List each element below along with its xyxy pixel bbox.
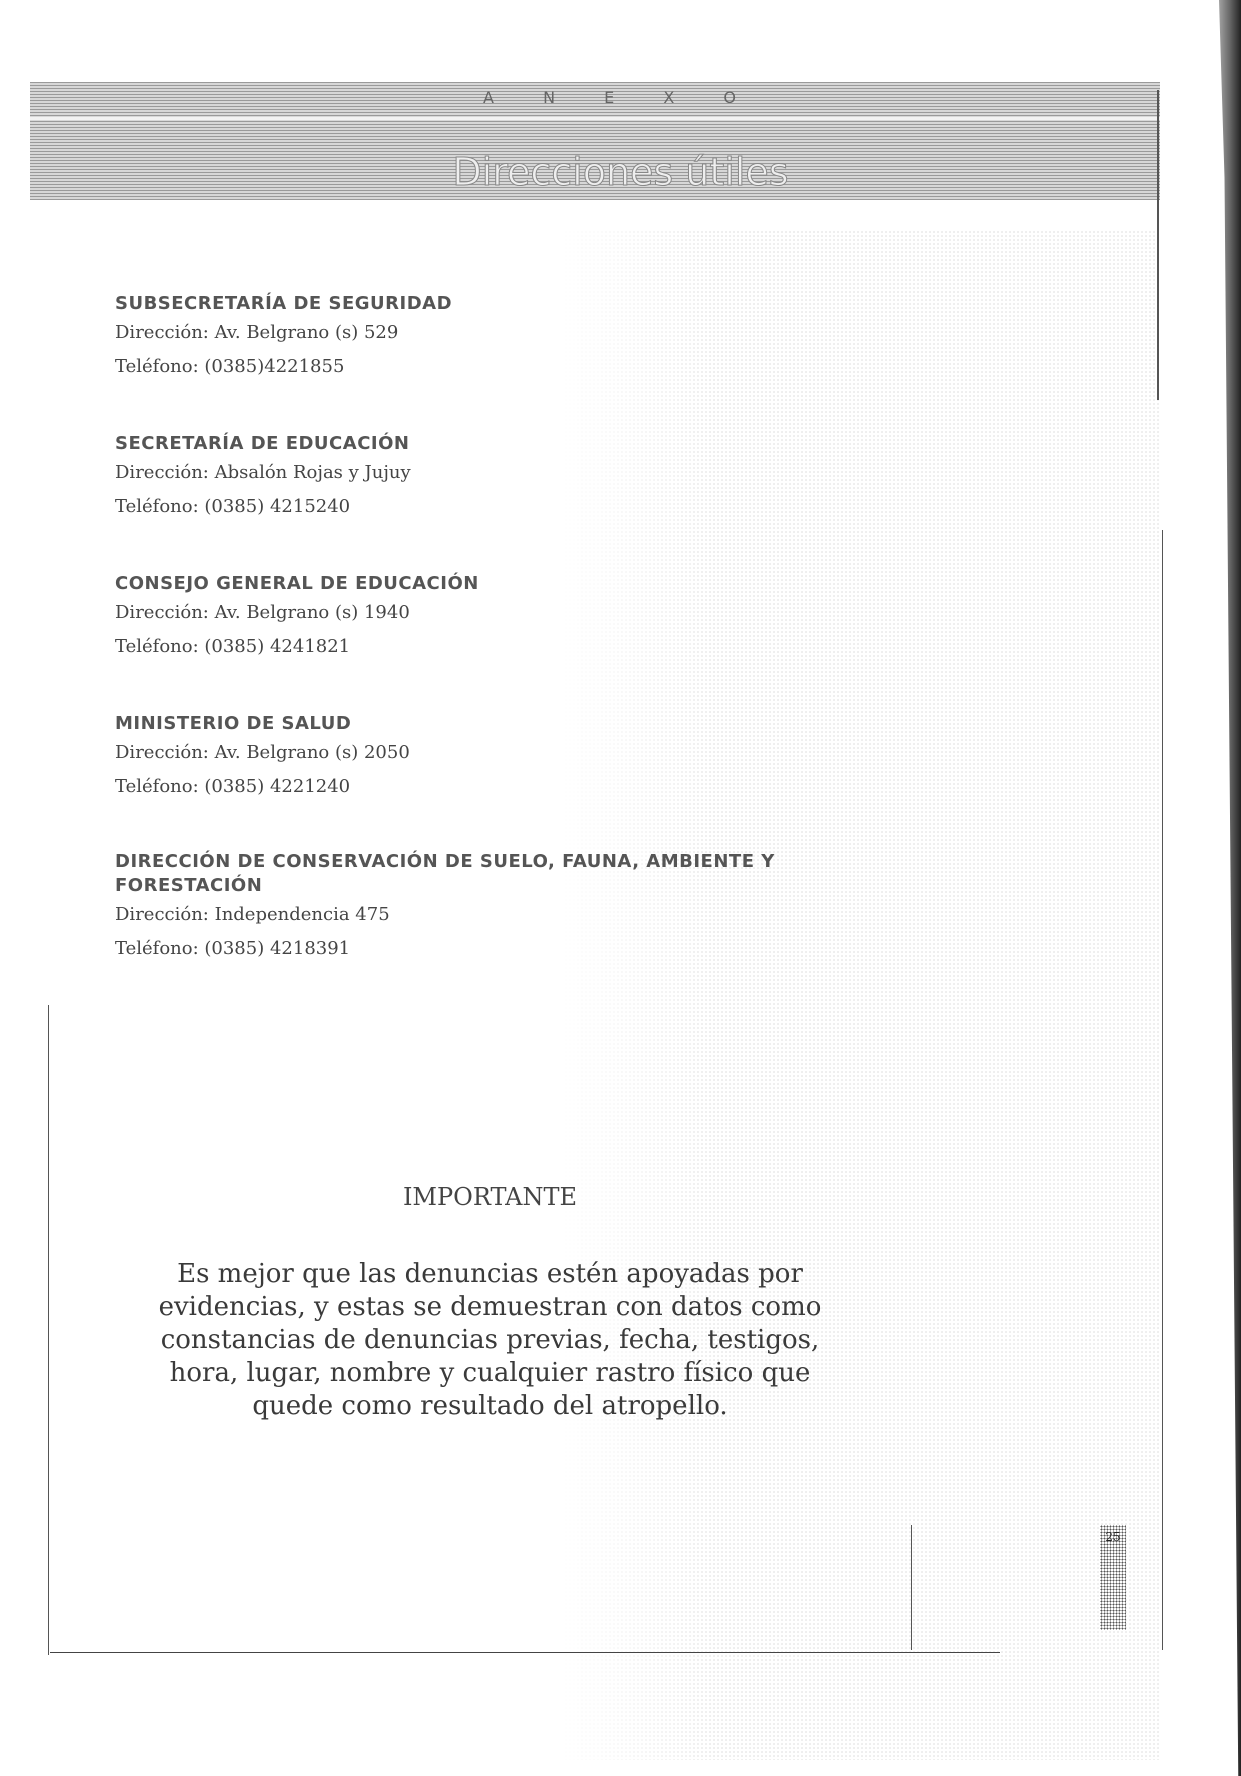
border-inner	[911, 1525, 912, 1650]
directory-entry: DIRECCIÓN DE CONSERVACIÓN DE SUELO, FAUN…	[115, 850, 875, 966]
header-divider	[30, 117, 1160, 120]
address: Dirección: Av. Belgrano (s) 1940	[115, 596, 479, 630]
scan-page-edge	[1186, 0, 1241, 1776]
notice-text: Es mejor que las denuncias estén apoyada…	[150, 1258, 830, 1423]
address: Dirección: Av. Belgrano (s) 529	[115, 316, 452, 350]
phone: Teléfono: (0385) 4215240	[115, 490, 411, 524]
address: Dirección: Av. Belgrano (s) 2050	[115, 736, 410, 770]
phone: Teléfono: (0385) 4218391	[115, 932, 875, 966]
scan-shading	[560, 230, 1160, 1760]
phone: Teléfono: (0385) 4221240	[115, 770, 410, 804]
address: Dirección: Absalón Rojas y Jujuy	[115, 456, 411, 490]
page-number: 25	[1100, 1530, 1126, 1544]
border-right	[1162, 530, 1163, 1650]
address: Dirección: Independencia 475	[115, 898, 875, 932]
organization-name: DIRECCIÓN DE CONSERVACIÓN DE SUELO, FAUN…	[115, 850, 875, 898]
border-left	[48, 1005, 49, 1655]
phone: Teléfono: (0385)4221855	[115, 350, 452, 384]
section-label: A N E X O	[0, 88, 1241, 107]
border-right-top	[1157, 90, 1159, 400]
phone: Teléfono: (0385) 4241821	[115, 630, 479, 664]
footer-rule	[50, 1652, 1000, 1653]
organization-name: CONSEJO GENERAL DE EDUCACIÓN	[115, 572, 479, 596]
directory-entry: MINISTERIO DE SALUD Dirección: Av. Belgr…	[115, 712, 410, 804]
notice-heading: IMPORTANTE	[0, 1183, 980, 1211]
page-title: Direcciones útiles	[0, 150, 1241, 194]
directory-entry: SUBSECRETARÍA DE SEGURIDAD Dirección: Av…	[115, 292, 452, 384]
organization-name: MINISTERIO DE SALUD	[115, 712, 410, 736]
directory-entry: SECRETARÍA DE EDUCACIÓN Dirección: Absal…	[115, 432, 411, 524]
organization-name: SECRETARÍA DE EDUCACIÓN	[115, 432, 411, 456]
organization-name: SUBSECRETARÍA DE SEGURIDAD	[115, 292, 452, 316]
directory-entry: CONSEJO GENERAL DE EDUCACIÓN Dirección: …	[115, 572, 479, 664]
